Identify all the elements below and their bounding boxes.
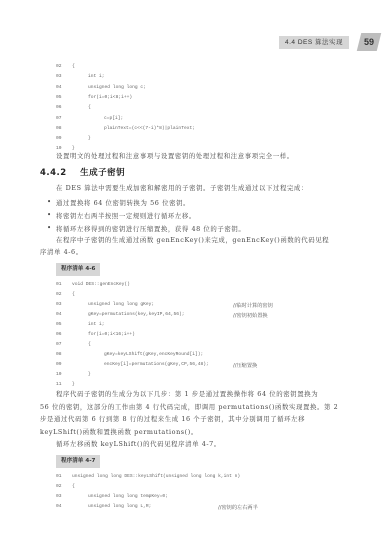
code-line: void DES::genEncKey() <box>72 282 130 287</box>
line-number: 07 <box>56 342 62 347</box>
line-number: 09 <box>56 362 62 367</box>
line-number: 10 <box>56 372 62 377</box>
code-line: { <box>72 64 75 69</box>
code-line: unsigned long long gKey; <box>88 302 154 307</box>
code-listing-4-7: 01unsigned long long DES::keyLShift(unsi… <box>56 474 376 534</box>
line-number: 04 <box>56 504 62 509</box>
line-number: 02 <box>56 292 62 297</box>
code-line: { <box>88 342 91 347</box>
page-number: 59 <box>364 37 374 47</box>
code-line: } <box>88 136 91 141</box>
line-number: 02 <box>56 64 62 69</box>
listing-label-4-6: 程序清单 4-6 <box>56 263 100 276</box>
code-line: gKey=permutations(key,keyIP,64,56); <box>88 312 185 317</box>
code-comment: //压缩置换 <box>233 362 257 369</box>
line-number: 08 <box>56 126 62 131</box>
code-line: { <box>72 484 75 489</box>
code-line: unsigned long long DES::keyLShift(unsign… <box>72 474 240 479</box>
code-line: gKey=keyLShift(gKey,encKeyRound[i]); <box>104 352 203 357</box>
code-line: int i; <box>88 322 105 327</box>
line-number: 07 <box>56 116 62 121</box>
paragraph-steps-line: keyLShift()函数和置换函数 permutations()。 <box>40 426 370 439</box>
bullet-item: 将循环左移得到的密钥进行压缩置换，获得 48 位的子密钥。 <box>56 224 245 233</box>
code-line: for(i=0;i<16;i++) <box>88 332 135 337</box>
section-heading: 4.4.2 生成子密钥 <box>40 166 125 178</box>
section-title: 生成子密钥 <box>80 168 125 178</box>
line-number: 05 <box>56 95 62 100</box>
paragraph-subkey-intro: 在 DES 算法中需要生成加密和解密用的子密钥。子密钥生成通过以下过程完成： <box>56 182 308 195</box>
listing-label-4-7: 程序清单 4-7 <box>56 455 100 468</box>
section-number: 4.4.2 <box>40 168 67 178</box>
paragraph-genenckey-line2: 序清单 4-6。 <box>40 246 83 259</box>
code-listing-4-6: 01void DES::genEncKey()02{03unsigned lon… <box>56 282 376 392</box>
line-number: 01 <box>56 474 62 479</box>
line-number: 06 <box>56 332 62 337</box>
code-line: c=p[i]; <box>104 116 123 121</box>
code-line: unsigned long long L,R; <box>88 504 151 509</box>
page-number-badge: 59 <box>357 33 381 51</box>
code-comment: //密钥的左右两半 <box>218 504 258 511</box>
paragraph-steps-line: 56 位的密钥，这部分的工作由第 4 行代码完成，即调用 permutation… <box>40 401 370 414</box>
code-block-top: 02{03int i;04unsigned long long c;05for(… <box>56 64 356 154</box>
code-line: { <box>88 105 91 110</box>
line-number: 04 <box>56 85 62 90</box>
code-line: unsigned long long c; <box>88 85 146 90</box>
code-comment: //密钥初始置换 <box>233 312 268 319</box>
line-number: 03 <box>56 494 62 499</box>
code-line: } <box>72 382 75 387</box>
line-number: 04 <box>56 312 62 317</box>
paragraph-genenckey-line1: 在程序中子密钥的生成通过函数 genEncKey()来完成，genEncKey(… <box>56 234 329 247</box>
paragraph-steps-line: 步是通过代码第 6 行到第 8 行的过程来生成 16 个子密钥，其中分别调用了循… <box>40 413 370 426</box>
line-number: 09 <box>56 136 62 141</box>
code-line: int i; <box>88 74 105 79</box>
paragraph-steps: 程序代码子密钥的生成分为以下几步：第 1 步是通过置换操作将 64 位的密钥置换… <box>40 388 370 438</box>
code-line: plainText=(c<<(7-i)*8)|plainText; <box>104 126 195 131</box>
paragraph-steps-line: 程序代码子密钥的生成分为以下几步：第 1 步是通过置换操作将 64 位的密钥置换… <box>40 388 370 401</box>
paragraph-plaintext-note: 设置明文的处理过程和注意事项与设置密钥的处理过程和注意事项完全一样。 <box>56 150 294 163</box>
line-number: 03 <box>56 74 62 79</box>
code-line: encKey[i]=permutations(gKey,CP,56,48); <box>104 362 209 367</box>
code-line: unsigned long long tempKey=0; <box>88 494 168 499</box>
code-comment: //临时计算的密钥 <box>233 302 273 309</box>
line-number: 05 <box>56 322 62 327</box>
bullet-item: 通过置换将 64 位密钥转换为 56 位密钥。 <box>56 198 190 207</box>
code-line: } <box>88 372 91 377</box>
running-header: 4.4 DES 算法实现 59 <box>279 34 379 50</box>
code-line: { <box>72 292 75 297</box>
line-number: 03 <box>56 302 62 307</box>
line-number: 08 <box>56 352 62 357</box>
line-number: 01 <box>56 282 62 287</box>
line-number: 11 <box>56 382 62 387</box>
paragraph-keylshift-ref: 循环左移函数 keyLShift()的代码见程序清单 4-7。 <box>56 438 221 451</box>
line-number: 02 <box>56 484 62 489</box>
bullet-item: 将密钥左右两半按照一定规则进行循环左移。 <box>56 211 196 220</box>
section-header-label: 4.4 DES 算法实现 <box>279 36 349 49</box>
code-line: for(i=0;i<8;i++) <box>88 95 132 100</box>
line-number: 06 <box>56 105 62 110</box>
